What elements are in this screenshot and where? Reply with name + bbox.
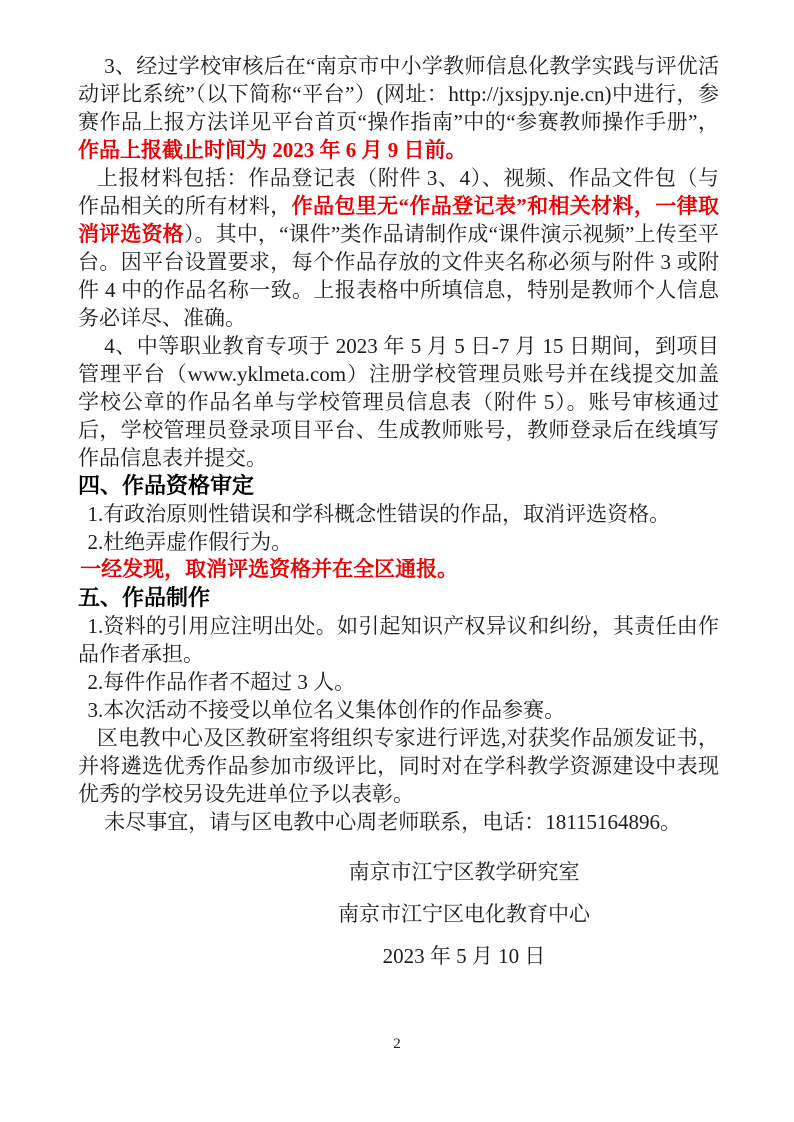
production-item-1: 1.资料的引用应注明出处。如引起知识产权异议和纠纷，其责任由作品作者承担。 <box>78 612 719 668</box>
section-heading-qualification: 四、作品资格审定 <box>78 472 719 500</box>
paragraph-vocational-education: 4、中等职业教育专项于 2023 年 5 月 5 日-7 月 15 日期间，到项… <box>78 332 719 472</box>
signature-org-education-center: 南京市江宁区电化教育中心 <box>299 900 629 928</box>
section-heading-production: 五、作品制作 <box>78 584 719 612</box>
signature-org-research-office: 南京市江宁区教学研究室 <box>299 858 629 886</box>
paragraph-materials: 上报材料包括：作品登记表（附件 3、4）、视频、作品文件包（与作品相关的所有材料… <box>78 164 719 332</box>
document-body: 3、经过学校审核后在“南京市中小学教师信息化教学实践与评优活动评比系统”（以下简… <box>78 52 719 984</box>
signature-block: 南京市江宁区教学研究室 南京市江宁区电化教育中心 2023 年 5 月 10 日 <box>299 858 629 970</box>
production-item-3: 3.本次活动不接受以单位名义集体创作的作品参赛。 <box>78 696 719 724</box>
qualification-item-1: 1.有政治原则性错误和学科概念性错误的作品，取消评选资格。 <box>78 500 719 528</box>
paragraph-platform-text: 3、经过学校审核后在“南京市中小学教师信息化教学实践与评优活动评比系统”（以下简… <box>78 54 719 134</box>
document-page: 3、经过学校审核后在“南京市中小学教师信息化教学实践与评优活动评比系统”（以下简… <box>0 0 794 1122</box>
qualification-item-2: 2.杜绝弄虚作假行为。 <box>78 528 719 556</box>
paragraph-platform-upload: 3、经过学校审核后在“南京市中小学教师信息化教学实践与评优活动评比系统”（以下简… <box>78 52 719 164</box>
production-item-2: 2.每件作品作者不超过 3 人。 <box>78 668 719 696</box>
qualification-warning: 一经发现，取消评选资格并在全区通报。 <box>78 556 719 584</box>
deadline-emphasis: 作品上报截止时间为 2023 年 6 月 9 日前。 <box>78 138 467 162</box>
page-number: 2 <box>0 1036 794 1053</box>
signature-date: 2023 年 5 月 10 日 <box>299 942 629 970</box>
paragraph-contact: 未尽事宜，请与区电教中心周老师联系，电话：18115164896。 <box>78 808 719 836</box>
paragraph-review-awards: 区电教中心及区教研室将组织专家进行评选,对获奖作品颁发证书，并将遴选优秀作品参加… <box>78 724 719 808</box>
